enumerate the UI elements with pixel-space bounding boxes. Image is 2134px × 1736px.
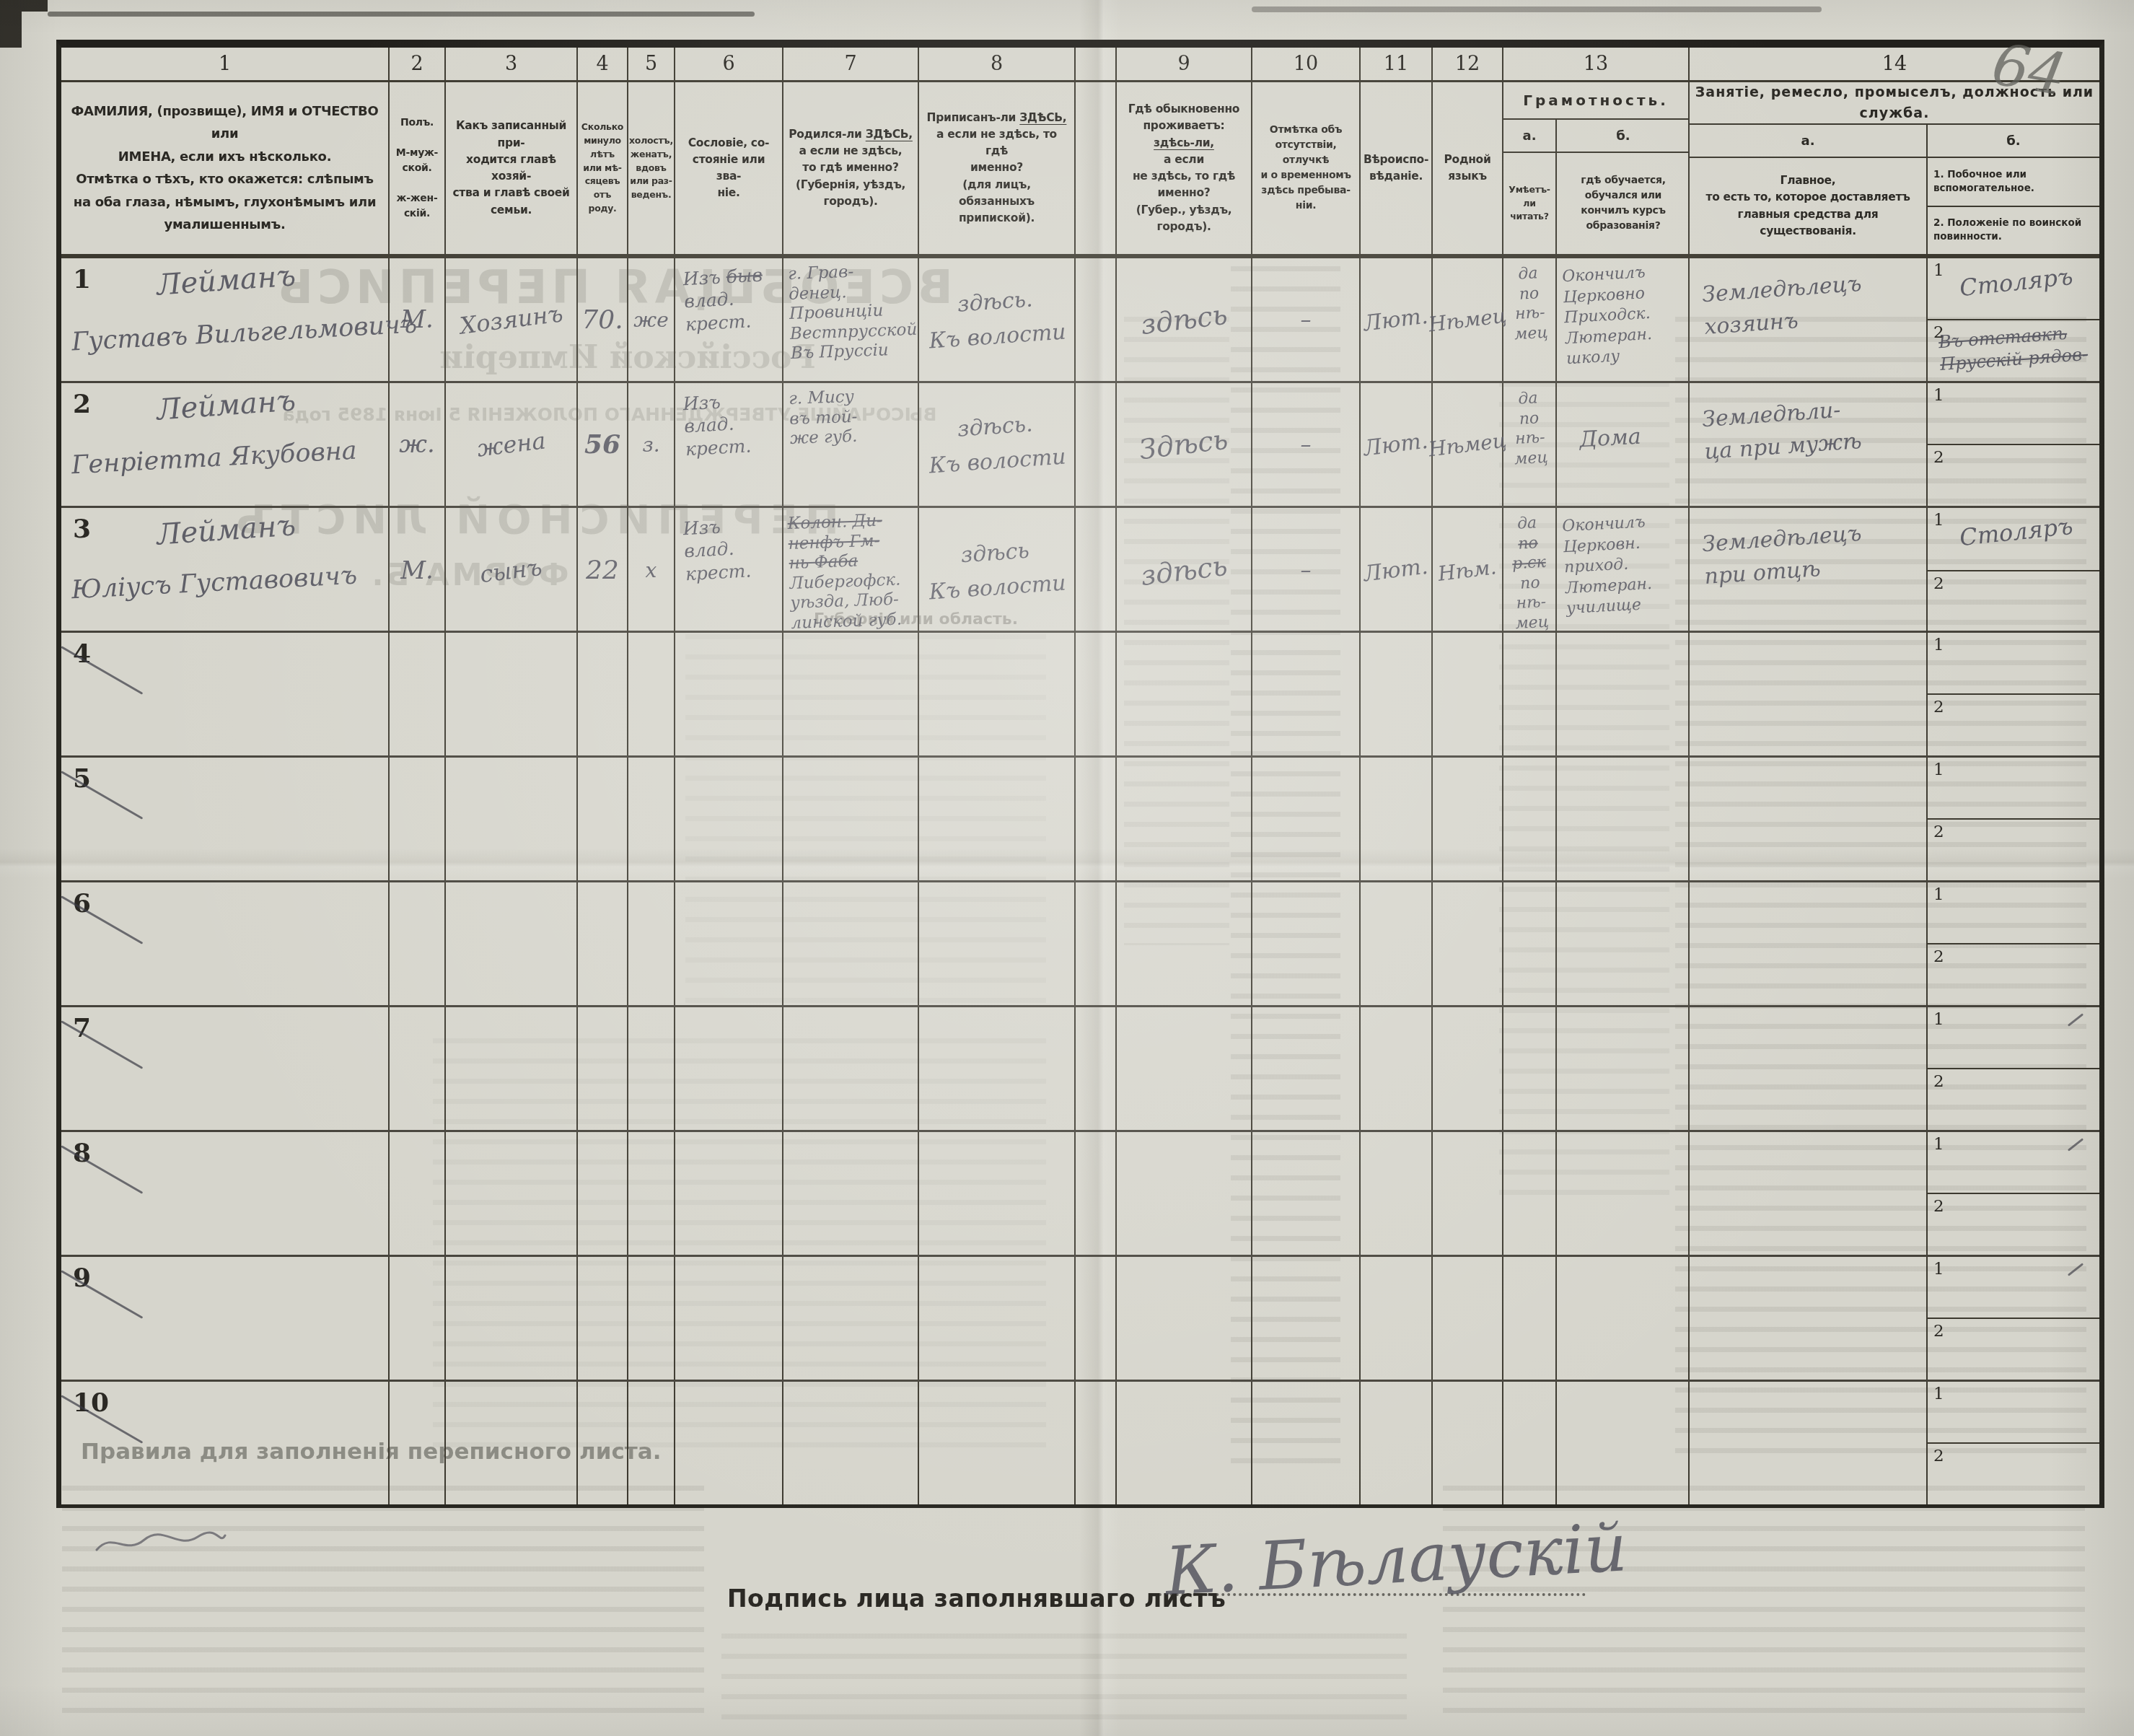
- cell-occupation-side: 1 Столяръ 2 Въ отставкѣ Прусскій рядов-: [1928, 258, 2099, 381]
- cell-absence: [1252, 1132, 1361, 1255]
- cell-relation: [446, 1007, 578, 1130]
- cell-language: [1433, 633, 1503, 755]
- table-row: 9 1 2: [61, 1257, 2099, 1382]
- fold-spacer: [1076, 1382, 1117, 1504]
- cell-estate: [675, 758, 783, 880]
- column-number: 5: [628, 48, 675, 80]
- side-occupation-1: 1: [1928, 633, 2099, 695]
- cell-age: [578, 1382, 628, 1504]
- cell-religion: Лют.: [1361, 383, 1433, 506]
- cell-name: 9: [61, 1257, 390, 1380]
- side-occupation-1: 1: [1928, 1007, 2099, 1069]
- cell-literacy-reads: [1503, 1257, 1557, 1380]
- cell-sex: [390, 1257, 446, 1380]
- side-occupation-2: 2: [1928, 571, 2099, 634]
- cell-estate: [675, 882, 783, 1005]
- census-table: 1 2 3 4 5 6 7 8 9 10 11 12 13 14 ФАМИЛИЯ…: [56, 40, 2104, 1508]
- scan-edge-artifact: [0, 0, 48, 12]
- cell-absence: [1252, 1382, 1361, 1504]
- cell-occupation-main: Земледѣли- ца при мужѣ: [1690, 383, 1928, 506]
- cell-religion: [1361, 882, 1433, 1005]
- surname-handwritten: Лейманъ: [156, 384, 297, 426]
- row-number: 6: [73, 888, 91, 919]
- surname-handwritten: Лейманъ: [156, 509, 297, 551]
- cell-education: [1557, 1007, 1690, 1130]
- side-occupation-1: 1: [1928, 882, 2099, 944]
- header-literacy-a: а. Умѣетъ- ли читать?: [1503, 120, 1557, 254]
- side-occupation-2: 2: [1928, 1194, 2099, 1255]
- table-row: 3 Лейманъ Юліусъ Густавовичъ М. сынъ 22 …: [61, 508, 2099, 633]
- cell-birthplace: [783, 1257, 919, 1380]
- row-number: 10: [73, 1388, 109, 1418]
- cell-registered: здѣсь Къ волости: [919, 508, 1076, 633]
- cell-relation: [446, 1132, 578, 1255]
- cell-education: Окончилъ Церковн. приход. Лютеран. учили…: [1557, 508, 1690, 633]
- cell-estate: Изъвлад. крест.: [675, 508, 783, 633]
- cell-marital: [628, 882, 675, 1005]
- header-literacy-title: Грамотность.: [1503, 82, 1688, 120]
- cell-registered: [919, 1257, 1076, 1380]
- given-name-handwritten: Юліусъ Густавовичъ: [71, 561, 358, 605]
- cell-relation: [446, 1382, 578, 1504]
- cell-absence: –: [1252, 383, 1361, 506]
- cell-sex: [390, 1382, 446, 1504]
- cell-absence: –: [1252, 258, 1361, 381]
- cell-literacy-reads: [1503, 1007, 1557, 1130]
- cell-registered: [919, 633, 1076, 755]
- cell-name: 3 Лейманъ Юліусъ Густавовичъ: [61, 508, 390, 633]
- cell-name: 5: [61, 758, 390, 880]
- cell-education: Окончилъ Церковно Приходск. Лютеран. шко…: [1557, 258, 1690, 381]
- cell-age: 70.: [578, 258, 628, 381]
- cell-sex: [390, 1007, 446, 1130]
- cell-age: 22: [578, 508, 628, 633]
- cell-age: [578, 633, 628, 755]
- cell-residence: [1117, 1382, 1252, 1504]
- column-number: 11: [1361, 48, 1433, 80]
- cell-education: Дома: [1557, 383, 1690, 506]
- cell-language: [1433, 758, 1503, 880]
- cell-residence: здѣсь: [1117, 508, 1252, 633]
- cell-religion: [1361, 1132, 1433, 1255]
- cell-registered: здѣсь. Къ волости: [919, 258, 1076, 381]
- cell-education: [1557, 758, 1690, 880]
- row-number: 5: [73, 763, 91, 794]
- column-number: 6: [675, 48, 783, 80]
- cell-residence: [1117, 633, 1252, 755]
- cell-registered: [919, 1382, 1076, 1504]
- surname-handwritten: Лейманъ: [156, 259, 297, 302]
- cell-literacy-reads: [1503, 758, 1557, 880]
- side-occupation-1: 1: [1928, 758, 2099, 820]
- cell-occupation-side: 1 2: [1928, 1382, 2099, 1504]
- cell-age: [578, 1257, 628, 1380]
- cell-name: 4: [61, 633, 390, 755]
- cell-occupation-side: 1 2: [1928, 1257, 2099, 1380]
- given-name-handwritten: Густавъ Вильгельмовичъ: [71, 310, 418, 356]
- cell-absence: [1252, 1007, 1361, 1130]
- cell-relation: Хозяинъ: [446, 258, 578, 381]
- header-language: Родной языкъ: [1433, 82, 1503, 254]
- cell-language: Нѣм.: [1433, 508, 1503, 633]
- cell-religion: [1361, 1382, 1433, 1504]
- table-row: 5 1 2: [61, 758, 2099, 882]
- row-number: 4: [73, 639, 91, 669]
- cell-relation: [446, 1257, 578, 1380]
- cell-name: 1 Лейманъ Густавъ Вильгельмовичъ: [61, 258, 390, 381]
- cell-occupation-main: [1690, 758, 1928, 880]
- column-number: 9: [1117, 48, 1252, 80]
- column-number: 4: [578, 48, 628, 80]
- cell-relation: сынъ: [446, 508, 578, 633]
- fold-spacer: [1076, 48, 1117, 80]
- fold-spacer: [1076, 258, 1117, 381]
- cell-residence: [1117, 758, 1252, 880]
- header-literacy-b: б. гдѣ обучается, обучался или кончилъ к…: [1557, 120, 1690, 254]
- cell-estate: [675, 633, 783, 755]
- fold-spacer: [1076, 882, 1117, 1005]
- row-number: 9: [73, 1263, 91, 1293]
- cell-sex: [390, 758, 446, 880]
- cell-sex: ж.: [390, 383, 446, 506]
- cell-age: [578, 758, 628, 880]
- signature-label: Подпись лица заполнявшаго листъ: [727, 1584, 1226, 1613]
- cell-occupation-side: 1 2: [1928, 758, 2099, 880]
- column-number: 10: [1252, 48, 1361, 80]
- cell-registered: [919, 758, 1076, 880]
- row-number: 2: [73, 389, 91, 419]
- row-number: 7: [73, 1013, 91, 1043]
- cell-absence: [1252, 758, 1361, 880]
- cell-birthplace: г. Грав- денец. Провинціи Вестпрусской В…: [783, 258, 919, 381]
- fold-spacer: [1076, 82, 1117, 254]
- cell-language: [1433, 1132, 1503, 1255]
- cell-language: [1433, 1007, 1503, 1130]
- cell-sex: М.: [390, 258, 446, 381]
- cell-marital: [628, 758, 675, 880]
- cell-birthplace: [783, 633, 919, 755]
- cell-occupation-main: [1690, 882, 1928, 1005]
- cell-absence: [1252, 882, 1361, 1005]
- scan-edge-artifact: [1252, 6, 1822, 12]
- cell-relation: [446, 758, 578, 880]
- cell-language: Нѣмец: [1433, 383, 1503, 506]
- cell-residence: здѣсь: [1117, 258, 1252, 381]
- cell-language: [1433, 1257, 1503, 1380]
- cell-literacy-reads: дапо нѣ- мец: [1503, 383, 1557, 506]
- header-registration: Приписанъ-ли ЗДѢСЬ, а если не здѣсь, то …: [919, 82, 1076, 254]
- cell-sex: М.: [390, 508, 446, 633]
- fold-spacer: [1076, 1007, 1117, 1130]
- cell-occupation-main: [1690, 1382, 1928, 1504]
- cell-registered: [919, 1007, 1076, 1130]
- cell-birthplace: [783, 1382, 919, 1504]
- column-number: 8: [919, 48, 1076, 80]
- row-number: 8: [73, 1138, 91, 1168]
- header-name: ФАМИЛИЯ, (прозвище), ИМЯ и ОТЧЕСТВО или …: [61, 82, 390, 254]
- cell-residence: [1117, 1257, 1252, 1380]
- cell-marital: [628, 1382, 675, 1504]
- header-absence: Отмѣтка объ отсутствіи, отлучкѣ и о врем…: [1252, 82, 1361, 254]
- cell-sex: [390, 1132, 446, 1255]
- row-number: 1: [73, 264, 91, 294]
- cell-marital: [628, 1132, 675, 1255]
- cell-estate: [675, 1257, 783, 1380]
- side-occupation-2: 2 Въ отставкѣ Прусскій рядов-: [1928, 320, 2099, 381]
- ink-scribble: [92, 1527, 229, 1559]
- cell-residence: [1117, 1007, 1252, 1130]
- cell-name: 2 Лейманъ Генріетта Якубовна: [61, 383, 390, 506]
- side-occupation-1: 1: [1928, 1257, 2099, 1319]
- header-religion: Вѣроиспо- вѣданіе.: [1361, 82, 1433, 254]
- header-occupation-b2: 2. Положеніе по воинской повинности.: [1928, 207, 2099, 255]
- table-row: 2 Лейманъ Генріетта Якубовна ж. жена 56 …: [61, 383, 2099, 508]
- cell-occupation-side: 1 2: [1928, 882, 2099, 1005]
- table-row: 4 1 2: [61, 633, 2099, 758]
- cell-religion: [1361, 758, 1433, 880]
- cell-occupation-main: [1690, 1132, 1928, 1255]
- cell-birthplace: Колон. Ди- ненфъ Гм- нь ФабаЛибергофск. …: [783, 508, 919, 633]
- cell-age: [578, 1007, 628, 1130]
- cell-education: [1557, 882, 1690, 1005]
- column-number: 13: [1503, 48, 1690, 80]
- cell-occupation-main: [1690, 1007, 1928, 1130]
- scan-edge-artifact: [48, 12, 755, 17]
- fold-spacer: [1076, 1257, 1117, 1380]
- side-occupation-1: 1 Столяръ: [1928, 508, 2099, 571]
- table-row: 6 1 2: [61, 882, 2099, 1007]
- side-occupation-1: 1: [1928, 383, 2099, 445]
- side-occupation-2: 2: [1928, 445, 2099, 506]
- column-numbers-row: 1 2 3 4 5 6 7 8 9 10 11 12 13 14: [61, 48, 2099, 82]
- cell-marital: [628, 633, 675, 755]
- given-name-handwritten: Генріетта Якубовна: [71, 437, 357, 481]
- cell-literacy-reads: [1503, 1382, 1557, 1504]
- header-occupation: Занятіе, ремесло, промыселъ, должность и…: [1690, 82, 2099, 254]
- cell-occupation-side: 1 2: [1928, 633, 2099, 755]
- cell-religion: [1361, 633, 1433, 755]
- cell-age: [578, 882, 628, 1005]
- cell-estate: [675, 1382, 783, 1504]
- side-occupation-2: 2: [1928, 944, 2099, 1005]
- scanned-census-sheet: ВСЕОБЩАЯ ПЕРЕПИСЬ Россійской Имперіи ВЫС…: [0, 0, 2134, 1736]
- cell-marital: [628, 1007, 675, 1130]
- table-row: 10 1 2: [61, 1382, 2099, 1504]
- header-birthplace: Родился-ли ЗДѢСЬ, а если не здѣсь, то гд…: [783, 82, 919, 254]
- fold-spacer: [1076, 633, 1117, 755]
- fold-spacer: [1076, 508, 1117, 633]
- cell-registered: [919, 882, 1076, 1005]
- header-residence: Гдѣ обыкновенно проживаетъ: здѣсь-ли, а …: [1117, 82, 1252, 254]
- header-occupation-b: б. 1. Побочное или вспомогательное. 2. П…: [1928, 125, 2099, 254]
- header-relation: Какъ записанный при- ходится главѣ хозяй…: [446, 82, 578, 254]
- column-number: 7: [783, 48, 919, 80]
- column-number: 12: [1433, 48, 1503, 80]
- cell-absence: [1252, 1257, 1361, 1380]
- side-occupation-2: 2: [1928, 820, 2099, 880]
- cell-education: [1557, 1257, 1690, 1380]
- table-header-row: ФАМИЛИЯ, (прозвище), ИМЯ и ОТЧЕСТВО или …: [61, 82, 2099, 258]
- cell-name: 7: [61, 1007, 390, 1130]
- cell-age: [578, 1132, 628, 1255]
- cell-religion: [1361, 1007, 1433, 1130]
- cell-occupation-main: Земледѣлецъ при отцѣ: [1690, 508, 1928, 633]
- cell-name: 8: [61, 1132, 390, 1255]
- cell-literacy-reads: [1503, 633, 1557, 755]
- cell-occupation-side: 1 2: [1928, 383, 2099, 506]
- cell-occupation-side: 1 Столяръ 2: [1928, 508, 2099, 633]
- cell-marital: же: [628, 258, 675, 381]
- table-row: 7 1 2: [61, 1007, 2099, 1132]
- cell-marital: [628, 1257, 675, 1380]
- cell-absence: [1252, 633, 1361, 755]
- header-literacy: Грамотность. а. Умѣетъ- ли читать? б. гд…: [1503, 82, 1690, 254]
- header-age: Сколько минуло лѣтъ или мѣ- сяцевъ отъ р…: [578, 82, 628, 254]
- cell-literacy-reads: [1503, 1132, 1557, 1255]
- cell-language: [1433, 1382, 1503, 1504]
- cell-birthplace: [783, 882, 919, 1005]
- column-number: 2: [390, 48, 446, 80]
- cell-sex: [390, 633, 446, 755]
- cell-occupation-main: Земледѣлецъ хозяинъ: [1690, 258, 1928, 381]
- header-marital: холостъ, женатъ, вдовъ или раз- веденъ.: [628, 82, 675, 254]
- cell-registered: [919, 1132, 1076, 1255]
- cell-language: [1433, 882, 1503, 1005]
- column-number: 1: [61, 48, 390, 80]
- fold-spacer: [1076, 1132, 1117, 1255]
- fold-spacer: [1076, 383, 1117, 506]
- cell-absence: –: [1252, 508, 1361, 633]
- cell-residence: [1117, 882, 1252, 1005]
- cell-occupation-side: 1 2: [1928, 1132, 2099, 1255]
- header-estate: Сословіе, со- стояніе или зва- ніе.: [675, 82, 783, 254]
- cell-estate: Изъвлад. крест.: [675, 383, 783, 506]
- cell-relation: [446, 882, 578, 1005]
- cell-birthplace: г. Мису въ той- же губ.: [783, 383, 919, 506]
- column-number: 3: [446, 48, 578, 80]
- cell-sex: [390, 882, 446, 1005]
- cell-occupation-side: 1 2: [1928, 1007, 2099, 1130]
- cell-birthplace: [783, 1007, 919, 1130]
- page-number-handwritten: 64: [1988, 30, 2071, 109]
- bleedthrough-text-block: [62, 1479, 704, 1724]
- side-occupation-2: 2: [1928, 695, 2099, 755]
- cell-literacy-reads: дапо р.скпо нѣ- мец: [1503, 508, 1557, 633]
- cell-birthplace: [783, 1132, 919, 1255]
- table-row: 1 Лейманъ Густавъ Вильгельмовичъ М. Хозя…: [61, 258, 2099, 383]
- row-number: 3: [73, 514, 91, 544]
- cell-age: 56: [578, 383, 628, 506]
- cell-relation: жена: [446, 383, 578, 506]
- cell-estate: Изъ быввлад. крест.: [675, 258, 783, 381]
- table-row: 8 1 2: [61, 1132, 2099, 1257]
- cell-marital: х: [628, 508, 675, 633]
- cell-education: [1557, 633, 1690, 755]
- cell-literacy-reads: дапо нѣ- мец: [1503, 258, 1557, 381]
- cell-estate: [675, 1132, 783, 1255]
- cell-occupation-main: [1690, 633, 1928, 755]
- cell-education: [1557, 1382, 1690, 1504]
- cell-estate: [675, 1007, 783, 1130]
- side-occupation-1: 1: [1928, 1382, 2099, 1444]
- cell-residence: Здѣсь: [1117, 383, 1252, 506]
- cell-registered: здѣсь. Къ волости: [919, 383, 1076, 506]
- cell-relation: [446, 633, 578, 755]
- cell-name: 10: [61, 1382, 390, 1504]
- cell-literacy-reads: [1503, 882, 1557, 1005]
- cell-marital: з.: [628, 383, 675, 506]
- cell-name: 6: [61, 882, 390, 1005]
- cell-religion: Лют.: [1361, 258, 1433, 381]
- bleedthrough-text-block: [721, 1627, 1407, 1728]
- side-occupation-1: 1 Столяръ: [1928, 258, 2099, 320]
- cell-education: [1557, 1132, 1690, 1255]
- header-occupation-b1: 1. Побочное или вспомогательное.: [1928, 158, 2099, 207]
- cell-birthplace: [783, 758, 919, 880]
- cell-residence: [1117, 1132, 1252, 1255]
- side-occupation-2: 2: [1928, 1069, 2099, 1130]
- side-occupation-1: 1: [1928, 1132, 2099, 1194]
- side-occupation-2: 2: [1928, 1444, 2099, 1504]
- side-occupation-2: 2: [1928, 1319, 2099, 1380]
- fold-spacer: [1076, 758, 1117, 880]
- cell-occupation-main: [1690, 1257, 1928, 1380]
- cell-language: Нѣмец: [1433, 258, 1503, 381]
- cell-religion: Лют.: [1361, 508, 1433, 633]
- header-sex: Полъ. М-муж- ской. ж-жен- скій.: [390, 82, 446, 254]
- cell-religion: [1361, 1257, 1433, 1380]
- header-occupation-a: а. Главное, то есть то, которое доставля…: [1690, 125, 1928, 254]
